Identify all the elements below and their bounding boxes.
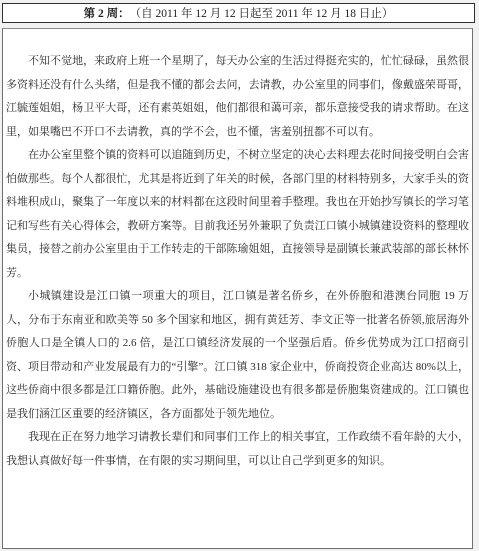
paragraph-town-construction: 小城镇建设是江口镇一项重大的项目，江口镇是著名侨乡，在外侨胞和港澳台同胞 19 … (6, 285, 469, 426)
paragraph-office-work: 在办公室里整个镇的资料可以追随到历史，不树立坚定的决心去料理去花时间接受明白会害… (6, 144, 469, 285)
paragraph-intro: 不知不觉地，来政府上班一个星期了，每天办公室的生活过得挺充实的，忙忙碌碌，虽然很… (6, 50, 469, 144)
week-label: 第 2 周： (84, 5, 130, 21)
paragraph-closing: 我现在正在努力地学习请教长辈们和同事们工作上的相关事宜，工作政绩不看年龄的大小，… (6, 426, 469, 473)
document-page: 第 2 周：（自 2011 年 12 月 12 日起至 2011 年 12 月 … (0, 0, 479, 551)
week-header: 第 2 周：（自 2011 年 12 月 12 日起至 2011 年 12 月 … (2, 3, 475, 23)
diary-body: 不知不觉地，来政府上班一个星期了，每天办公室的生活过得挺充实的，忙忙碌碌，虽然很… (2, 28, 473, 549)
week-date-range: （自 2011 年 12 月 12 日起至 2011 年 12 月 18 日止） (130, 5, 394, 21)
